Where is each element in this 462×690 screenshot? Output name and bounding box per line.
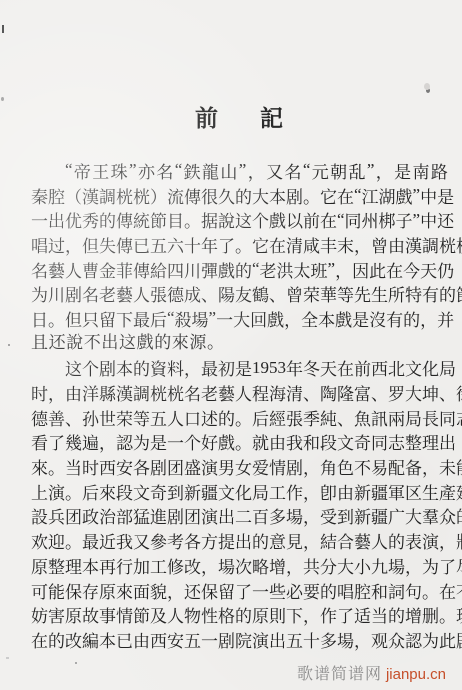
text-line: 唱过，但失傳已五六十年了。它在清咸丰末，曾由漢調桄桄 xyxy=(31,232,448,257)
body-text: “帝王珠”亦名“鉄龍山”，又名“元朝乱”，是南路秦腔（漢調桄桄）流傳很久的大本剧… xyxy=(31,158,448,652)
page-title-char-left: 前 xyxy=(195,106,218,131)
text-line: 原整理本再行加工修改，場次略增，共分大小九場，为了尽 xyxy=(31,553,448,578)
text-line: 这个剧本的資料，最初是1953年冬天在前西北文化局 xyxy=(31,356,448,381)
scan-speck xyxy=(2,25,4,33)
scan-speck xyxy=(6,657,9,659)
page-title: 前記 xyxy=(8,100,462,133)
text-line: 上演。后來段文奇到新疆文化局工作，卽由新疆軍区生產建 xyxy=(31,479,448,504)
scan-speck xyxy=(8,344,10,346)
text-line: 德善、孙世荣等五人口述的。后經張季純、魚訊兩局長同志 xyxy=(31,405,448,430)
text-line: 名藝人曹金菲傳給四川彈戲的“老洪太班”，因此在今天仍 xyxy=(31,257,448,282)
text-line: 日。但只留下最后“殺場”一大回戲，全本戲是沒有的，并 xyxy=(31,306,448,331)
text-line: 來。当时西安各剧团盛演男女爱情剧，角色不易配备，未能 xyxy=(31,454,448,479)
text-line: 欢迎。最近我又參考各方提出的意見，結合藝人的表演，將 xyxy=(31,528,448,553)
scanned-book-page: 前記 “帝王珠”亦名“鉄龍山”，又名“元朝乱”，是南路秦腔（漢調桄桄）流傳很久的… xyxy=(0,0,462,690)
text-line: 一出优秀的傳統節目。据說这个戲以前在“同州梆子”中还 xyxy=(31,207,448,232)
text-line: 可能保存原來面貌，还保留了一些必要的唱腔和詞句。在不 xyxy=(31,578,448,603)
watermark-site-name: 歌谱简谱网 xyxy=(297,666,382,683)
text-line: 設兵团政治部猛進剧团演出二百多場，受到新疆广大羣众的 xyxy=(31,504,448,529)
watermark: 歌谱简谱网jianpu.cn xyxy=(297,661,446,684)
text-line: 为川剧名老藝人張德成、陽友鶴、曾荣華等先生所特有的節 xyxy=(31,281,448,306)
text-line: 秦腔（漢調桄桄）流傳很久的大本剧。它在“江湖戲”中是 xyxy=(31,183,448,208)
text-line: “帝王珠”亦名“鉄龍山”，又名“元朝乱”，是南路 xyxy=(31,158,448,183)
text-line: 且还說不出这戲的來源。 xyxy=(31,331,448,356)
scan-speck xyxy=(1,97,4,101)
text-line: 妨害原故事情節及人物性格的原則下，作了适当的增删。現 xyxy=(31,602,448,627)
text-line: 在的改編本已由西安五一剧院演出五十多場，观众認为此剧 xyxy=(31,627,448,652)
watermark-site-url: jianpu.cn xyxy=(386,666,446,683)
scan-speck xyxy=(75,662,77,664)
scan-speck xyxy=(424,83,430,90)
text-line: 看了幾遍，認为是一个好戲。就由我和段文奇同志整理出 xyxy=(31,430,448,455)
text-line: 时，由洋縣漢調桄桄名老藝人程海清、陶隆富、罗大坤、徐 xyxy=(31,380,448,405)
page-title-char-right: 記 xyxy=(260,106,283,131)
